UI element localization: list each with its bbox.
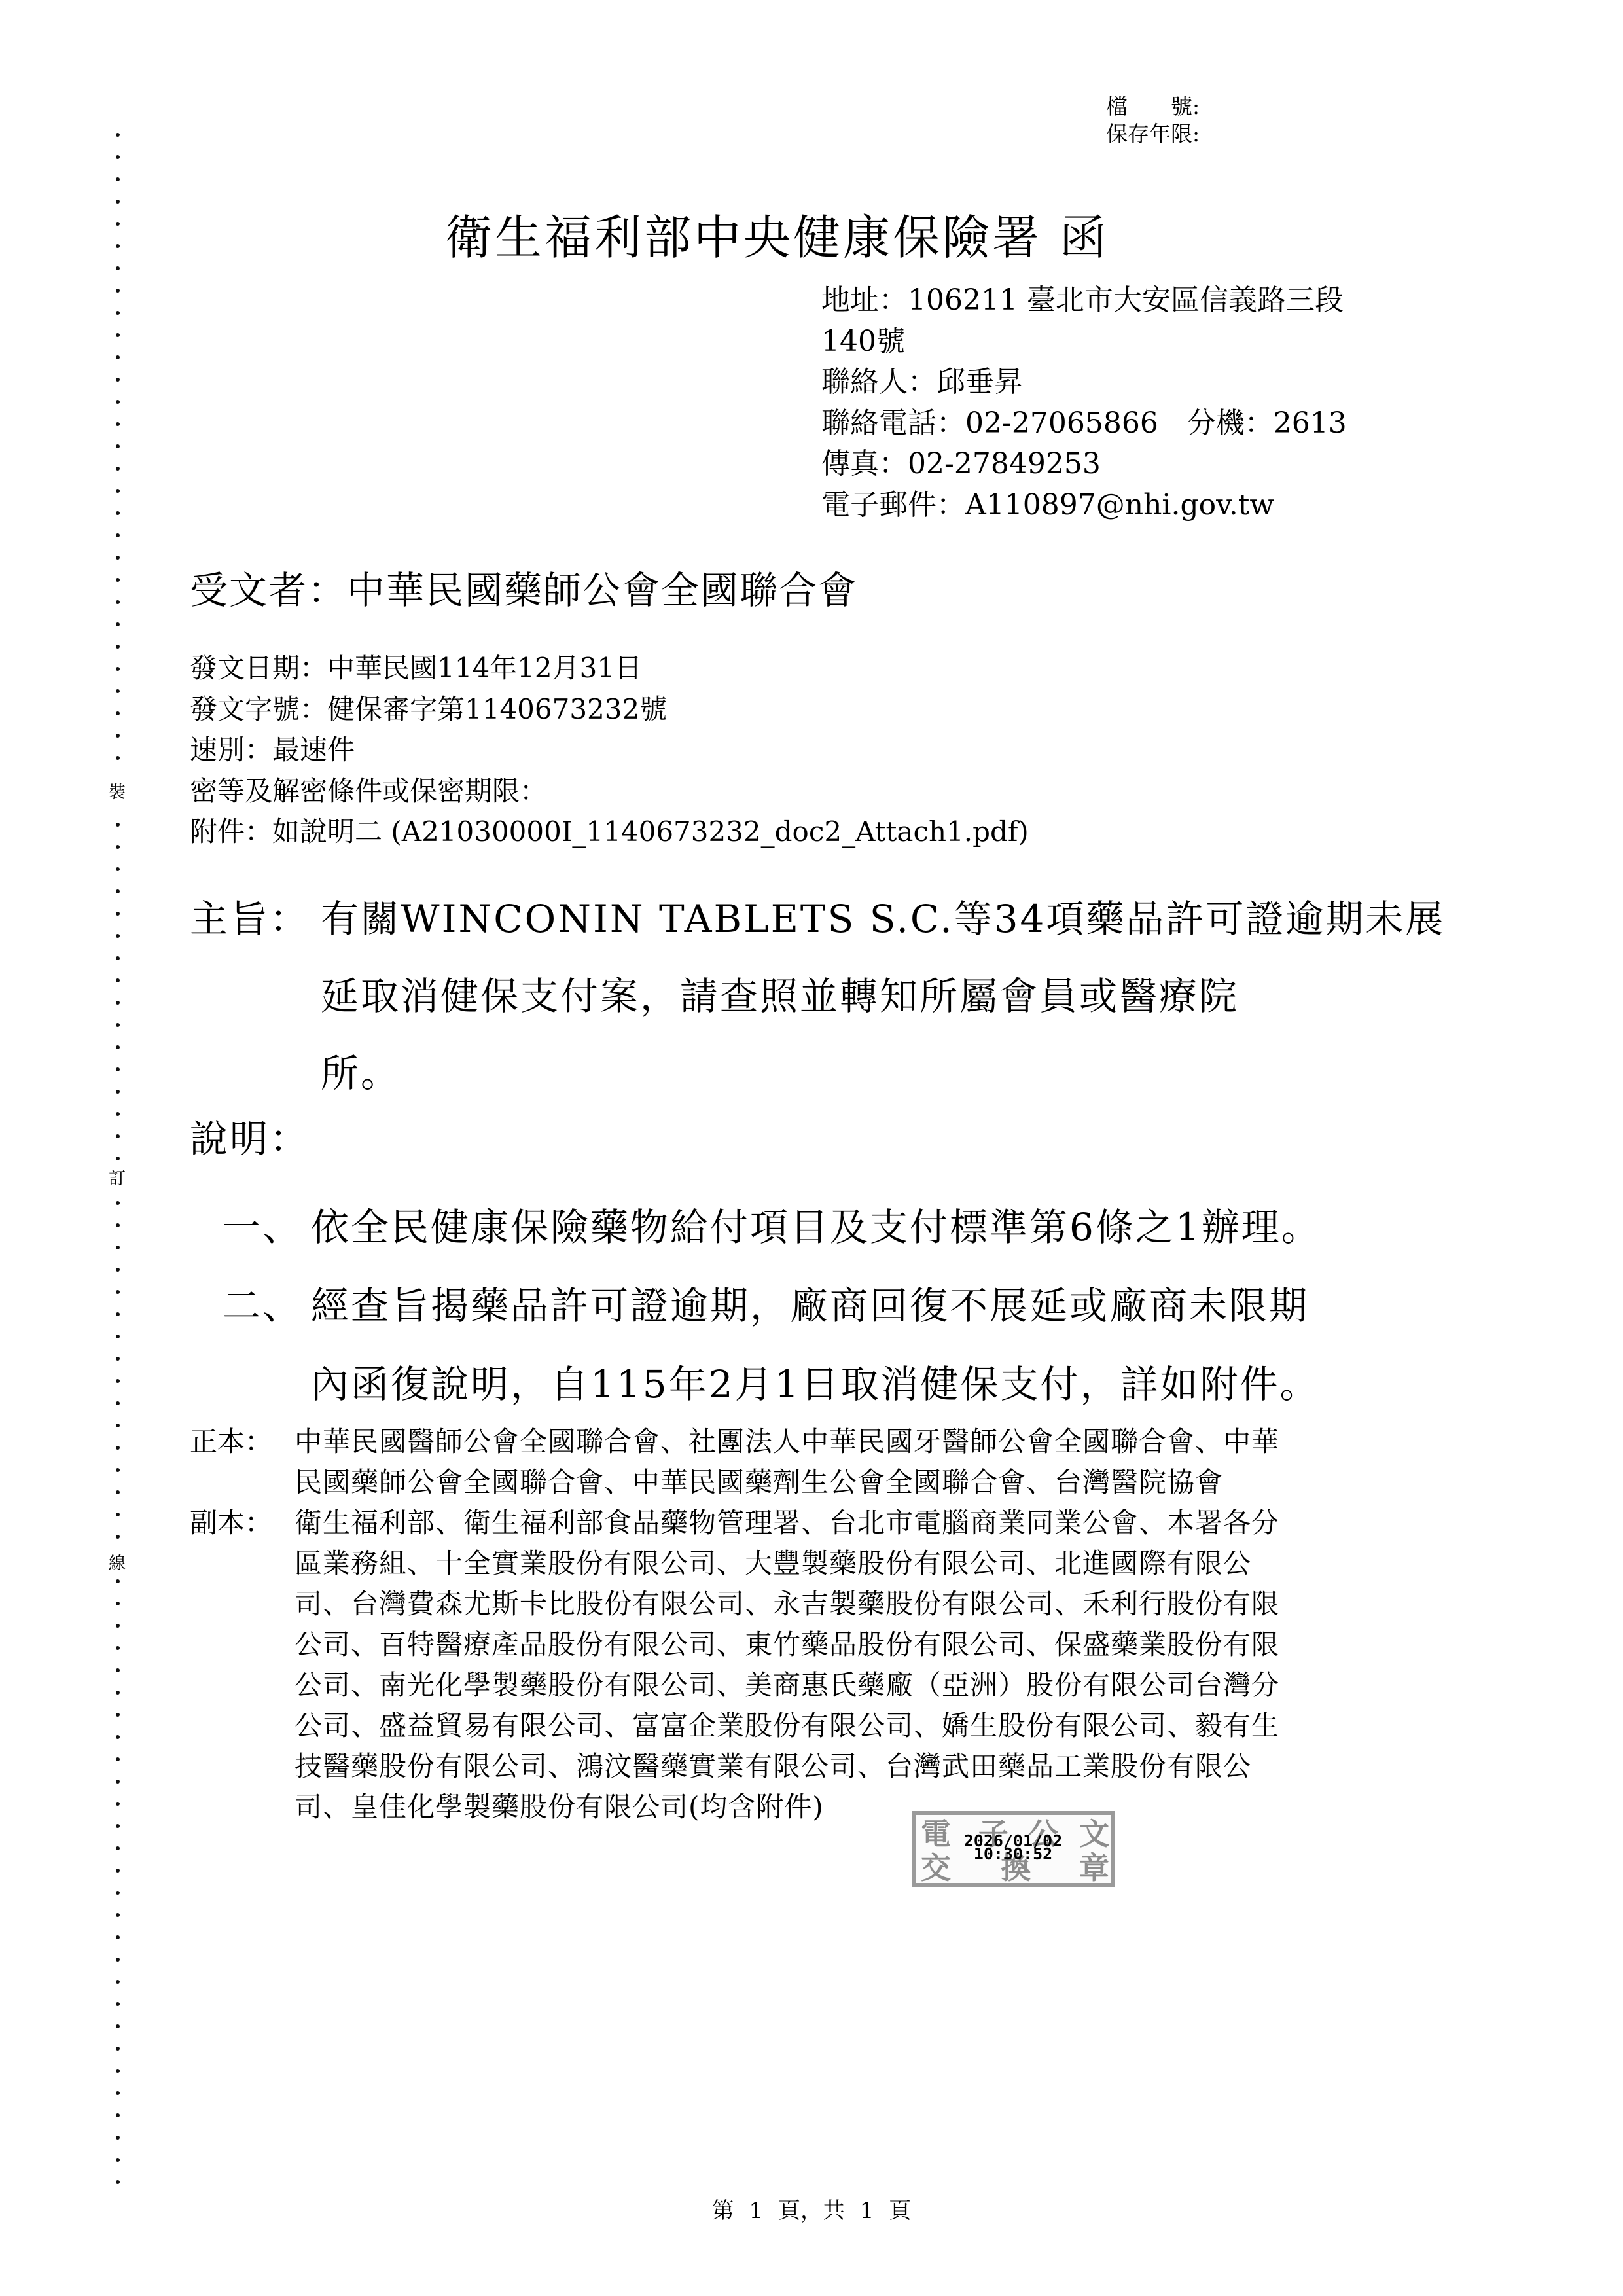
copy-label: 副本： [190,1503,272,1543]
binding-dot [116,177,120,181]
binding-dot [116,823,120,827]
binding-dot [116,289,120,293]
binding-dot [116,1579,120,1583]
binding-dot [116,1646,120,1650]
binding-dot [116,400,120,404]
binding-dot [116,1446,120,1450]
retention-row: 保存年限: [1106,120,1200,148]
binding-dot [116,1535,120,1539]
binding-dot [116,889,120,893]
binding-dot [116,1602,120,1605]
binding-dot [116,1268,120,1272]
binding-dot [116,1246,120,1249]
contact-person: 聯絡人：邱垂昇 [821,362,1347,403]
binding-dot [116,978,120,982]
binding-dot [116,2091,120,2095]
binding-dot [116,533,120,537]
binding-dot [116,1691,120,1695]
original-label: 正本： [190,1422,272,1462]
binding-dot [116,422,120,426]
binding-dot [116,2113,120,2117]
binding-dot [116,1713,120,1717]
binding-dot [116,355,120,359]
contact-phone: 聯絡電話：02-27065866 分機：2613 [821,403,1347,444]
page-number: 第 1 頁，共 1 頁 [0,2198,1623,2224]
binding-dot [116,2136,120,2140]
subject-line-1: 有關WINCONIN TABLETS S.C.等34項藥品許可證逾期未展 [190,880,1400,958]
binding-dot [116,1201,120,1205]
binding-dot [116,1468,120,1472]
subject-line-2: 延取消健保支付案，請查照並轉知所屬會員或醫療院 [190,958,1400,1035]
binding-dot [116,1802,120,1806]
binding-dot [116,467,120,471]
retention-colon: : [1192,121,1200,147]
file-number-label: 檔 號 [1106,93,1192,120]
binding-dot [116,311,120,315]
binding-dot [116,1001,120,1005]
binding-dot [116,934,120,938]
binding-dot [116,1958,120,1962]
binding-dot [116,2069,120,2073]
binding-dot [116,1735,120,1739]
subject-line-3: 所。 [190,1035,1400,1112]
binding-dot [116,1023,120,1027]
binding-dot [116,244,120,248]
copy-line: 司、台灣費森尤斯卡比股份有限公司、永吉製藥股份有限公司、禾利行股份有限 [294,1584,1433,1624]
binding-dot [116,1757,120,1761]
distribution: 正本： 中華民國醫師公會全國聯合會、社團法人中華民國牙醫師公會全國聯合會、中華 … [190,1422,1433,1827]
document-title: 衛生福利部中央健康保險署 函 [445,208,1109,267]
binding-label-xian: 線 [109,1554,126,1573]
binding-dot [116,333,120,337]
e-document-exchange-stamp: 電 子 公 文 交 換 章 2026/01/02 10:30:52 [912,1811,1115,1887]
binding-dot [116,1290,120,1294]
binding-dot [116,489,120,493]
binding-dot [116,1913,120,1917]
binding-dot [116,511,120,515]
copy-line: 公司、南光化學製藥股份有限公司、美商惠氏藥廠（亞洲）股份有限公司台灣分 [294,1665,1433,1706]
binding-dot [116,1401,120,1405]
binding-dot [116,2047,120,2051]
attachment: 附件：如說明二 (A21030000I_1140673232_doc2_Atta… [190,812,1029,853]
binding-dot [116,378,120,382]
binding-dot [116,1312,120,1316]
binding-dot [116,1624,120,1628]
binding-margin: 裝 訂 線 [0,0,157,2296]
binding-dot [116,867,120,871]
binding-dot [116,1223,120,1227]
binding-dot [116,756,120,760]
explanation-item-1: 一、 依全民健康保險藥物給付項目及支付標準第6條之1辦理。 [223,1188,1433,1266]
explanation-label: 說明： [190,1113,310,1165]
binding-dot [116,1935,120,1939]
issue-date: 發文日期：中華民國114年12月31日 [190,648,1029,689]
binding-dot [116,1668,120,1672]
binding-dot [116,200,120,204]
binding-dot [116,645,120,649]
binding-dot [116,1846,120,1850]
binding-dot [116,1112,120,1116]
binding-dot [116,2180,120,2184]
binding-dot [116,734,120,738]
binding-dot [116,711,120,715]
binding-dot [116,1513,120,1516]
file-number-colon: : [1192,94,1200,119]
binding-dot [116,1157,120,1160]
binding-dot [116,956,120,960]
binding-dot [116,1134,120,1138]
explanation-item-text: 依全民健康保險藥物給付項目及支付標準第6條之1辦理。 [311,1188,1433,1266]
original-line: 民國藥師公會全國聯合會、中華民國藥劑生公會全國聯合會、台灣醫院協會 [294,1462,1433,1503]
binding-dot [116,266,120,270]
binding-dot [116,1869,120,1873]
original-recipients: 正本： 中華民國醫師公會全國聯合會、社團法人中華民國牙醫師公會全國聯合會、中華 … [190,1422,1433,1503]
file-number-row: 檔 號: [1106,93,1200,120]
security-level: 密等及解密條件或保密期限： [190,771,1029,812]
binding-dot [116,1379,120,1383]
binding-dot [116,133,120,137]
original-line: 中華民國醫師公會全國聯合會、社團法人中華民國牙醫師公會全國聯合會、中華 [294,1422,1433,1462]
binding-dot [116,689,120,693]
document-number: 發文字號：健保審字第1140673232號 [190,689,1029,730]
binding-dot [116,578,120,582]
explanation-item-text: 內函復說明，自115年2月1日取消健保支付，詳如附件。 [311,1345,1433,1424]
copy-line: 衛生福利部、衛生福利部食品藥物管理署、台北市電腦商業同業公會、本署各分 [294,1503,1433,1543]
binding-label-zhuang: 裝 [109,783,126,802]
binding-dot [116,1980,120,1984]
document-meta: 發文日期：中華民國114年12月31日 發文字號：健保審字第1140673232… [190,648,1029,853]
subject-label: 主旨： [190,880,310,958]
binding-dot [116,155,120,159]
copy-line: 司、皇佳化學製藥股份有限公司(均含附件) [294,1787,1433,1827]
recipient: 受文者：中華民國藥師公會全國聯合會 [190,564,857,617]
binding-dot [116,1357,120,1361]
binding-dot [116,1424,120,1427]
explanation-item-text: 經查旨揭藥品許可證逾期，廠商回復不展延或廠商未限期 [311,1266,1433,1345]
explanation-item-2: 二、 經查旨揭藥品許可證逾期，廠商回復不展延或廠商未限期 內函復說明，自115年… [223,1266,1433,1424]
binding-dot [116,1090,120,1094]
binding-dot [116,222,120,226]
explanation-item-number: 一、 [223,1188,302,1266]
binding-dot [116,1335,120,1338]
binding-dot [116,622,120,626]
binding-dot [116,1891,120,1895]
binding-dot [116,2002,120,2006]
retention-label: 保存年限 [1106,120,1192,148]
binding-dot [116,1067,120,1071]
binding-dot [116,912,120,916]
copy-line: 技醫藥股份有限公司、鴻汶醫藥實業有限公司、台灣武田藥品工業股份有限公 [294,1746,1433,1787]
copy-line: 公司、百特醫療產品股份有限公司、東竹藥品股份有限公司、保盛藥業股份有限 [294,1624,1433,1665]
contact-fax: 傳真：02-27849253 [821,444,1347,485]
copy-line: 公司、盛益貿易有限公司、富富企業股份有限公司、嬌生股份有限公司、毅有生 [294,1706,1433,1746]
binding-dot [116,1045,120,1049]
binding-dot [116,556,120,560]
binding-dot [116,600,120,604]
binding-dot [116,845,120,849]
priority: 速別：最速件 [190,730,1029,771]
binding-dot [116,2158,120,2162]
binding-dot [116,1824,120,1828]
stamp-time: 10:30:52 [916,1846,1111,1862]
binding-dot [116,1780,120,1784]
address-line-2: 140號 [821,321,1347,363]
copy-line: 區業務組、十全實業股份有限公司、大豐製藥股份有限公司、北進國際有限公 [294,1543,1433,1584]
file-meta: 檔 號: 保存年限: [1106,93,1200,148]
address-line-1: 地址：106211 臺北市大安區信義路三段 [821,280,1347,321]
explanation-item-number: 二、 [223,1266,302,1345]
sender-info: 地址：106211 臺北市大安區信義路三段 140號 聯絡人：邱垂昇 聯絡電話：… [821,280,1347,526]
copy-recipients: 副本： 衛生福利部、衛生福利部食品藥物管理署、台北市電腦商業同業公會、本署各分 … [190,1503,1433,1827]
binding-dot [116,2024,120,2028]
contact-email: 電子郵件：A110897@nhi.gov.tw [821,485,1347,526]
binding-label-ding: 訂 [109,1170,126,1188]
subject: 主旨： 有關WINCONIN TABLETS S.C.等34項藥品許可證逾期未展… [190,880,1400,1112]
binding-dot [116,667,120,671]
binding-dot [116,1490,120,1494]
explanation-list: 一、 依全民健康保險藥物給付項目及支付標準第6條之1辦理。 二、 經查旨揭藥品許… [223,1188,1433,1424]
binding-dot [116,444,120,448]
